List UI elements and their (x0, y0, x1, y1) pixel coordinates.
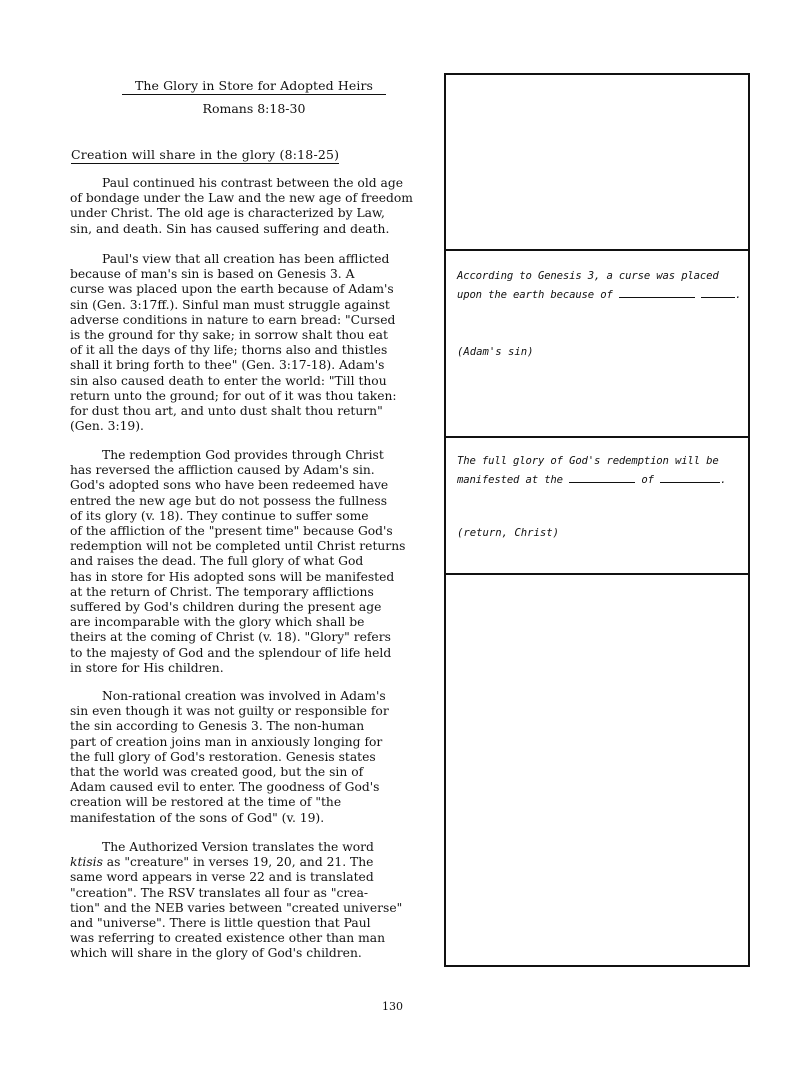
text-line: The redemption God provides through Chri… (70, 448, 444, 463)
text-line: creation will be restored at the time of… (70, 795, 444, 810)
answer-redemption: (return, Christ) (457, 527, 559, 539)
text-line: at the return of Christ. The temporary a… (70, 585, 444, 600)
text-line: suffered by God's children during the pr… (70, 600, 444, 615)
text-line: Non-rational creation was involved in Ad… (70, 689, 444, 704)
text-line: Paul's view that all creation has been a… (70, 252, 444, 267)
question-genesis-curse: According to Genesis 3, a curse was plac… (457, 267, 747, 305)
text-line-ktisis: ktisis as "creature" in verses 19, 20, a… (70, 855, 444, 870)
text-line: of its glory (v. 18). They continue to s… (70, 509, 444, 524)
study-box-frame (444, 73, 750, 967)
text-line: Paul continued his contrast between the … (70, 176, 444, 191)
text-line: sin even though it was not guilty or res… (70, 704, 444, 719)
greek-term: ktisis (70, 855, 103, 869)
paragraph-ktisis: The Authorized Version translates the wo… (70, 840, 444, 962)
text-line: was referring to created existence other… (70, 931, 444, 946)
text-line: and "universe". There is little question… (70, 916, 444, 931)
page-title: The Glory in Store for Adopted Heirs (122, 78, 386, 95)
text-line: and raises the dead. The full glory of w… (70, 554, 444, 569)
text-line: the full glory of God's restoration. Gen… (70, 750, 444, 765)
text-line: "creation". The RSV translates all four … (70, 886, 444, 901)
box-divider (444, 573, 750, 575)
fill-in-blank[interactable] (619, 286, 695, 298)
question-text: manifested at the (457, 474, 563, 486)
section-heading: Creation will share in the glory (8:18-2… (71, 147, 339, 164)
text-line: of the affliction of the "present time" … (70, 524, 444, 539)
text-line: The Authorized Version translates the wo… (70, 840, 444, 855)
text-line: that the world was created good, but the… (70, 765, 444, 780)
text-line: Adam caused evil to enter. The goodness … (70, 780, 444, 795)
text-line: to the majesty of God and the splendour … (70, 646, 444, 661)
question-line: The full glory of God's redemption will … (457, 452, 747, 471)
box-divider (444, 436, 750, 438)
text-line: of bondage under the Law and the new age… (70, 191, 444, 206)
text-line: sin, and death. Sin has caused suffering… (70, 222, 444, 237)
text-line: for dust thou art, and unto dust shalt t… (70, 404, 444, 419)
text-line: part of creation joins man in anxiously … (70, 735, 444, 750)
text-line: redemption will not be completed until C… (70, 539, 444, 554)
scripture-reference: Romans 8:18-30 (122, 101, 386, 116)
paragraph-genesis-curse: Paul's view that all creation has been a… (70, 252, 444, 434)
fill-in-blank[interactable] (660, 471, 720, 483)
question-punctuation: . (735, 289, 741, 301)
text-line: shall it bring forth to thee" (Gen. 3:17… (70, 358, 444, 373)
text-line: is the ground for thy sake; in sorrow sh… (70, 328, 444, 343)
text-line: which will share in the glory of God's c… (70, 946, 444, 961)
text-line: sin (Gen. 3:17ff.). Sinful man must stru… (70, 298, 444, 313)
text-line: are incomparable with the glory which sh… (70, 615, 444, 630)
question-text: upon the earth because of (457, 289, 613, 301)
page-number: 130 (382, 1000, 403, 1013)
question-redemption: The full glory of God's redemption will … (457, 452, 747, 490)
paragraph-intro: Paul continued his contrast between the … (70, 176, 444, 237)
text-line: the sin according to Genesis 3. The non-… (70, 719, 444, 734)
text-line: of it all the days of thy life; thorns a… (70, 343, 444, 358)
text-line: tion" and the NEB varies between "create… (70, 901, 444, 916)
question-line: manifested at the of . (457, 471, 747, 490)
text-line: has in store for His adopted sons will b… (70, 570, 444, 585)
text-line: has reversed the affliction caused by Ad… (70, 463, 444, 478)
question-line: According to Genesis 3, a curse was plac… (457, 267, 747, 286)
text-line: (Gen. 3:19). (70, 419, 444, 434)
fill-in-blank[interactable] (569, 471, 635, 483)
box-divider (444, 249, 750, 251)
fill-in-blank[interactable] (701, 286, 735, 298)
paragraph-redemption: The redemption God provides through Chri… (70, 448, 444, 676)
text-line: return unto the ground; for out of it wa… (70, 389, 444, 404)
text-fragment: as "creature" in verses 19, 20, and 21. … (103, 855, 374, 869)
paragraph-non-rational-creation: Non-rational creation was involved in Ad… (70, 689, 444, 826)
text-line: under Christ. The old age is characteriz… (70, 206, 444, 221)
text-line: curse was placed upon the earth because … (70, 282, 444, 297)
text-line: God's adopted sons who have been redeeme… (70, 478, 444, 493)
answer-genesis-curse: (Adam's sin) (457, 346, 534, 358)
text-line: in store for His children. (70, 661, 444, 676)
text-line: theirs at the coming of Christ (v. 18). … (70, 630, 444, 645)
text-line: adverse conditions in nature to earn bre… (70, 313, 444, 328)
text-line: because of man's sin is based on Genesis… (70, 267, 444, 282)
text-line: same word appears in verse 22 and is tra… (70, 870, 444, 885)
text-line: manifestation of the sons of God" (v. 19… (70, 811, 444, 826)
text-line: entred the new age but do not possess th… (70, 494, 444, 509)
question-text: of (641, 474, 653, 486)
question-line: upon the earth because of . (457, 286, 747, 305)
question-punctuation: . (720, 474, 726, 486)
text-line: sin also caused death to enter the world… (70, 374, 444, 389)
